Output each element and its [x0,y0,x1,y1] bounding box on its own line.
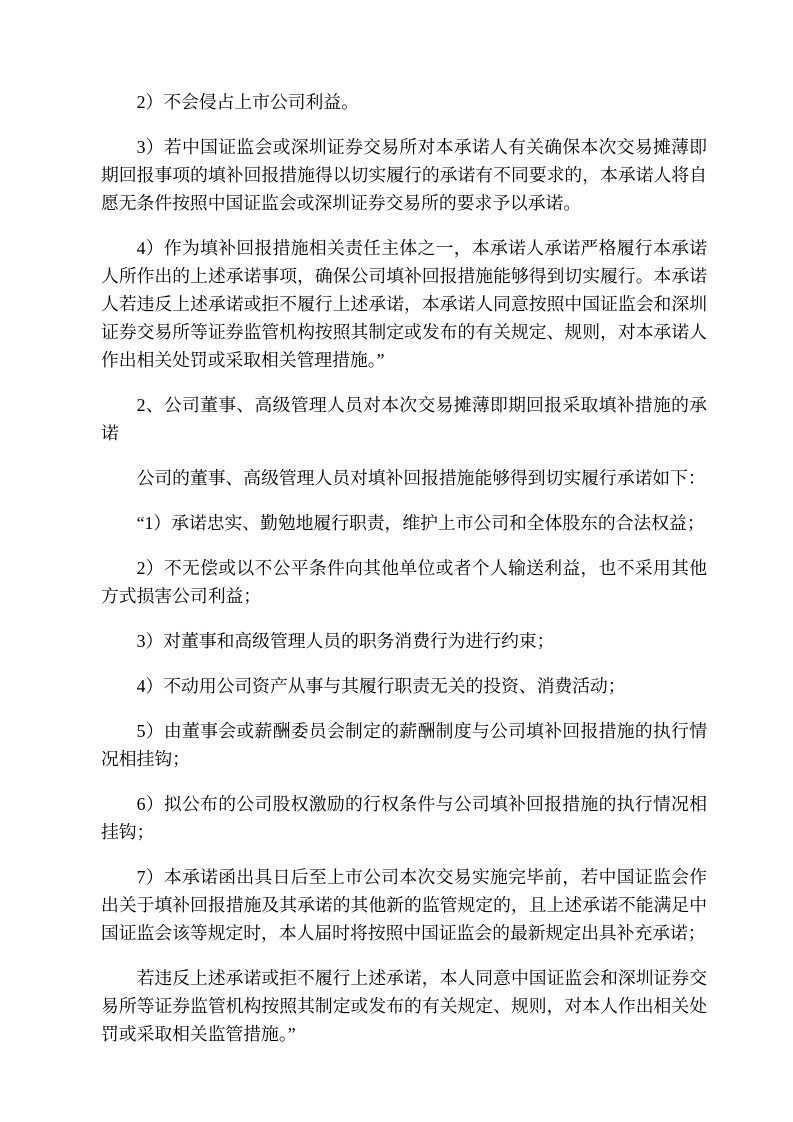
commitment-item-3: 3）对董事和高级管理人员的职务消费行为进行约束； [101,627,707,655]
commitment-item-5: 5）由董事会或薪酬委员会制定的薪酬制度与公司填补回报措施的执行情况相挂钩； [101,717,707,773]
commitment-item-7: 7）本承诺函出具日后至上市公司本次交易实施完毕前，若中国证监会作出关于填补回报措… [101,863,707,947]
commitment-item-1: “1）承诺忠实、勤勉地履行职责，维护上市公司和全体股东的合法权益； [101,509,707,537]
closing-paragraph: 若违反上述承诺或拒不履行上述承诺，本人同意中国证监会和深圳证券交易所等证券监管机… [101,964,707,1048]
sub-item-2: 2）不会侵占上市公司利益。 [101,88,707,116]
document-page: 2）不会侵占上市公司利益。 3）若中国证监会或深圳证券交易所对本承诺人有关确保本… [0,0,793,1122]
commitment-item-6: 6）拟公布的公司股权激励的行权条件与公司填补回报措施的执行情况相挂钩； [101,790,707,846]
sub-item-4: 4）作为填补回报措施相关责任主体之一，本承诺人承诺严格履行本承诺人所作出的上述承… [101,234,707,374]
section-2-heading: 2、公司董事、高级管理人员对本次交易摊薄即期回报采取填补措施的承诺 [101,391,707,447]
commitment-item-2: 2）不无偿或以不公平条件向其他单位或者个人输送利益，也不采用其他方式损害公司利益… [101,554,707,610]
commitment-item-4: 4）不动用公司资产从事与其履行职责无关的投资、消费活动； [101,672,707,700]
sub-item-3: 3）若中国证监会或深圳证券交易所对本承诺人有关确保本次交易摊薄即期回报事项的填补… [101,133,707,217]
section-2-intro: 公司的董事、高级管理人员对填补回报措施能够得到切实履行承诺如下： [101,464,707,492]
document-text-block: 2）不会侵占上市公司利益。 3）若中国证监会或深圳证券交易所对本承诺人有关确保本… [101,88,707,1065]
